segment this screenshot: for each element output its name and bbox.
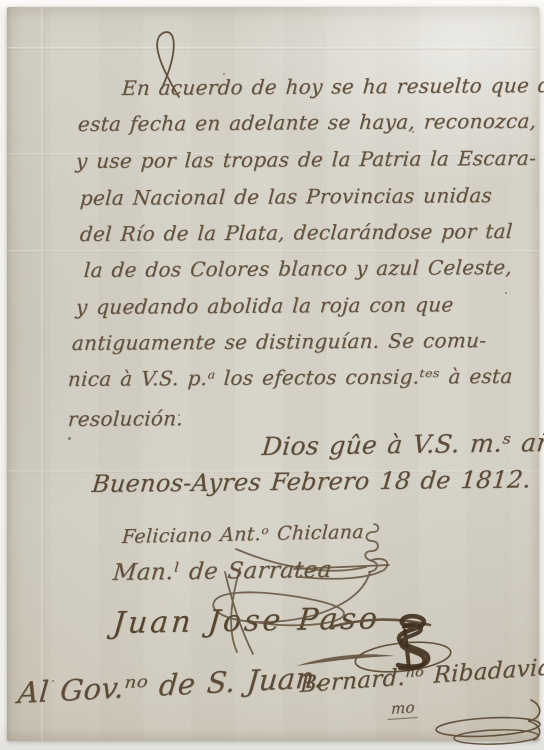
scanned-manuscript-screenshot: En acuerdo de hoy se ha resuelto que des… bbox=[0, 0, 544, 750]
manuscript-line: la de dos Colores blanco y azul Celeste, bbox=[83, 255, 513, 282]
manuscript-line: En acuerdo de hoy se ha resuelto que des… bbox=[121, 73, 544, 100]
dateline: Buenos-Ayres Febrero 18 de 1812. bbox=[91, 465, 533, 498]
manuscript-line: nica à V.S. p.ᵃ los efectos consig.ᵗᵉˢ à… bbox=[67, 364, 513, 391]
manuscript-line: del Río de la Plata, declarándose por ta… bbox=[79, 219, 513, 246]
signature-sarratea: Man.ˡ de Sarratea bbox=[112, 557, 333, 586]
manuscript-line: y quedando abolida la roja con que bbox=[75, 292, 454, 319]
manuscript-line: resolución. bbox=[67, 406, 184, 431]
ink-speck bbox=[505, 292, 507, 294]
fold-crease-vertical bbox=[41, 7, 45, 741]
fold-crease bbox=[7, 47, 539, 50]
manuscript-line: pela Nacional de las Provincias unidas bbox=[79, 183, 493, 210]
manuscript-line: antiguamente se distinguían. Se comu- bbox=[71, 328, 487, 355]
valediction-line: Dios gûe à V.S. m.ˢ años. bbox=[261, 427, 544, 461]
manuscript-line: esta fecha en adelante se haya, reconozc… bbox=[77, 109, 537, 136]
manuscript-line: y use por las tropas de la Patria la Esc… bbox=[75, 146, 537, 173]
ink-speck bbox=[68, 437, 71, 440]
signature-paso: Juan Jose Paso bbox=[111, 601, 381, 641]
signature-rivadavia-rubric-text: mo bbox=[388, 698, 418, 720]
fold-crease bbox=[7, 250, 539, 253]
